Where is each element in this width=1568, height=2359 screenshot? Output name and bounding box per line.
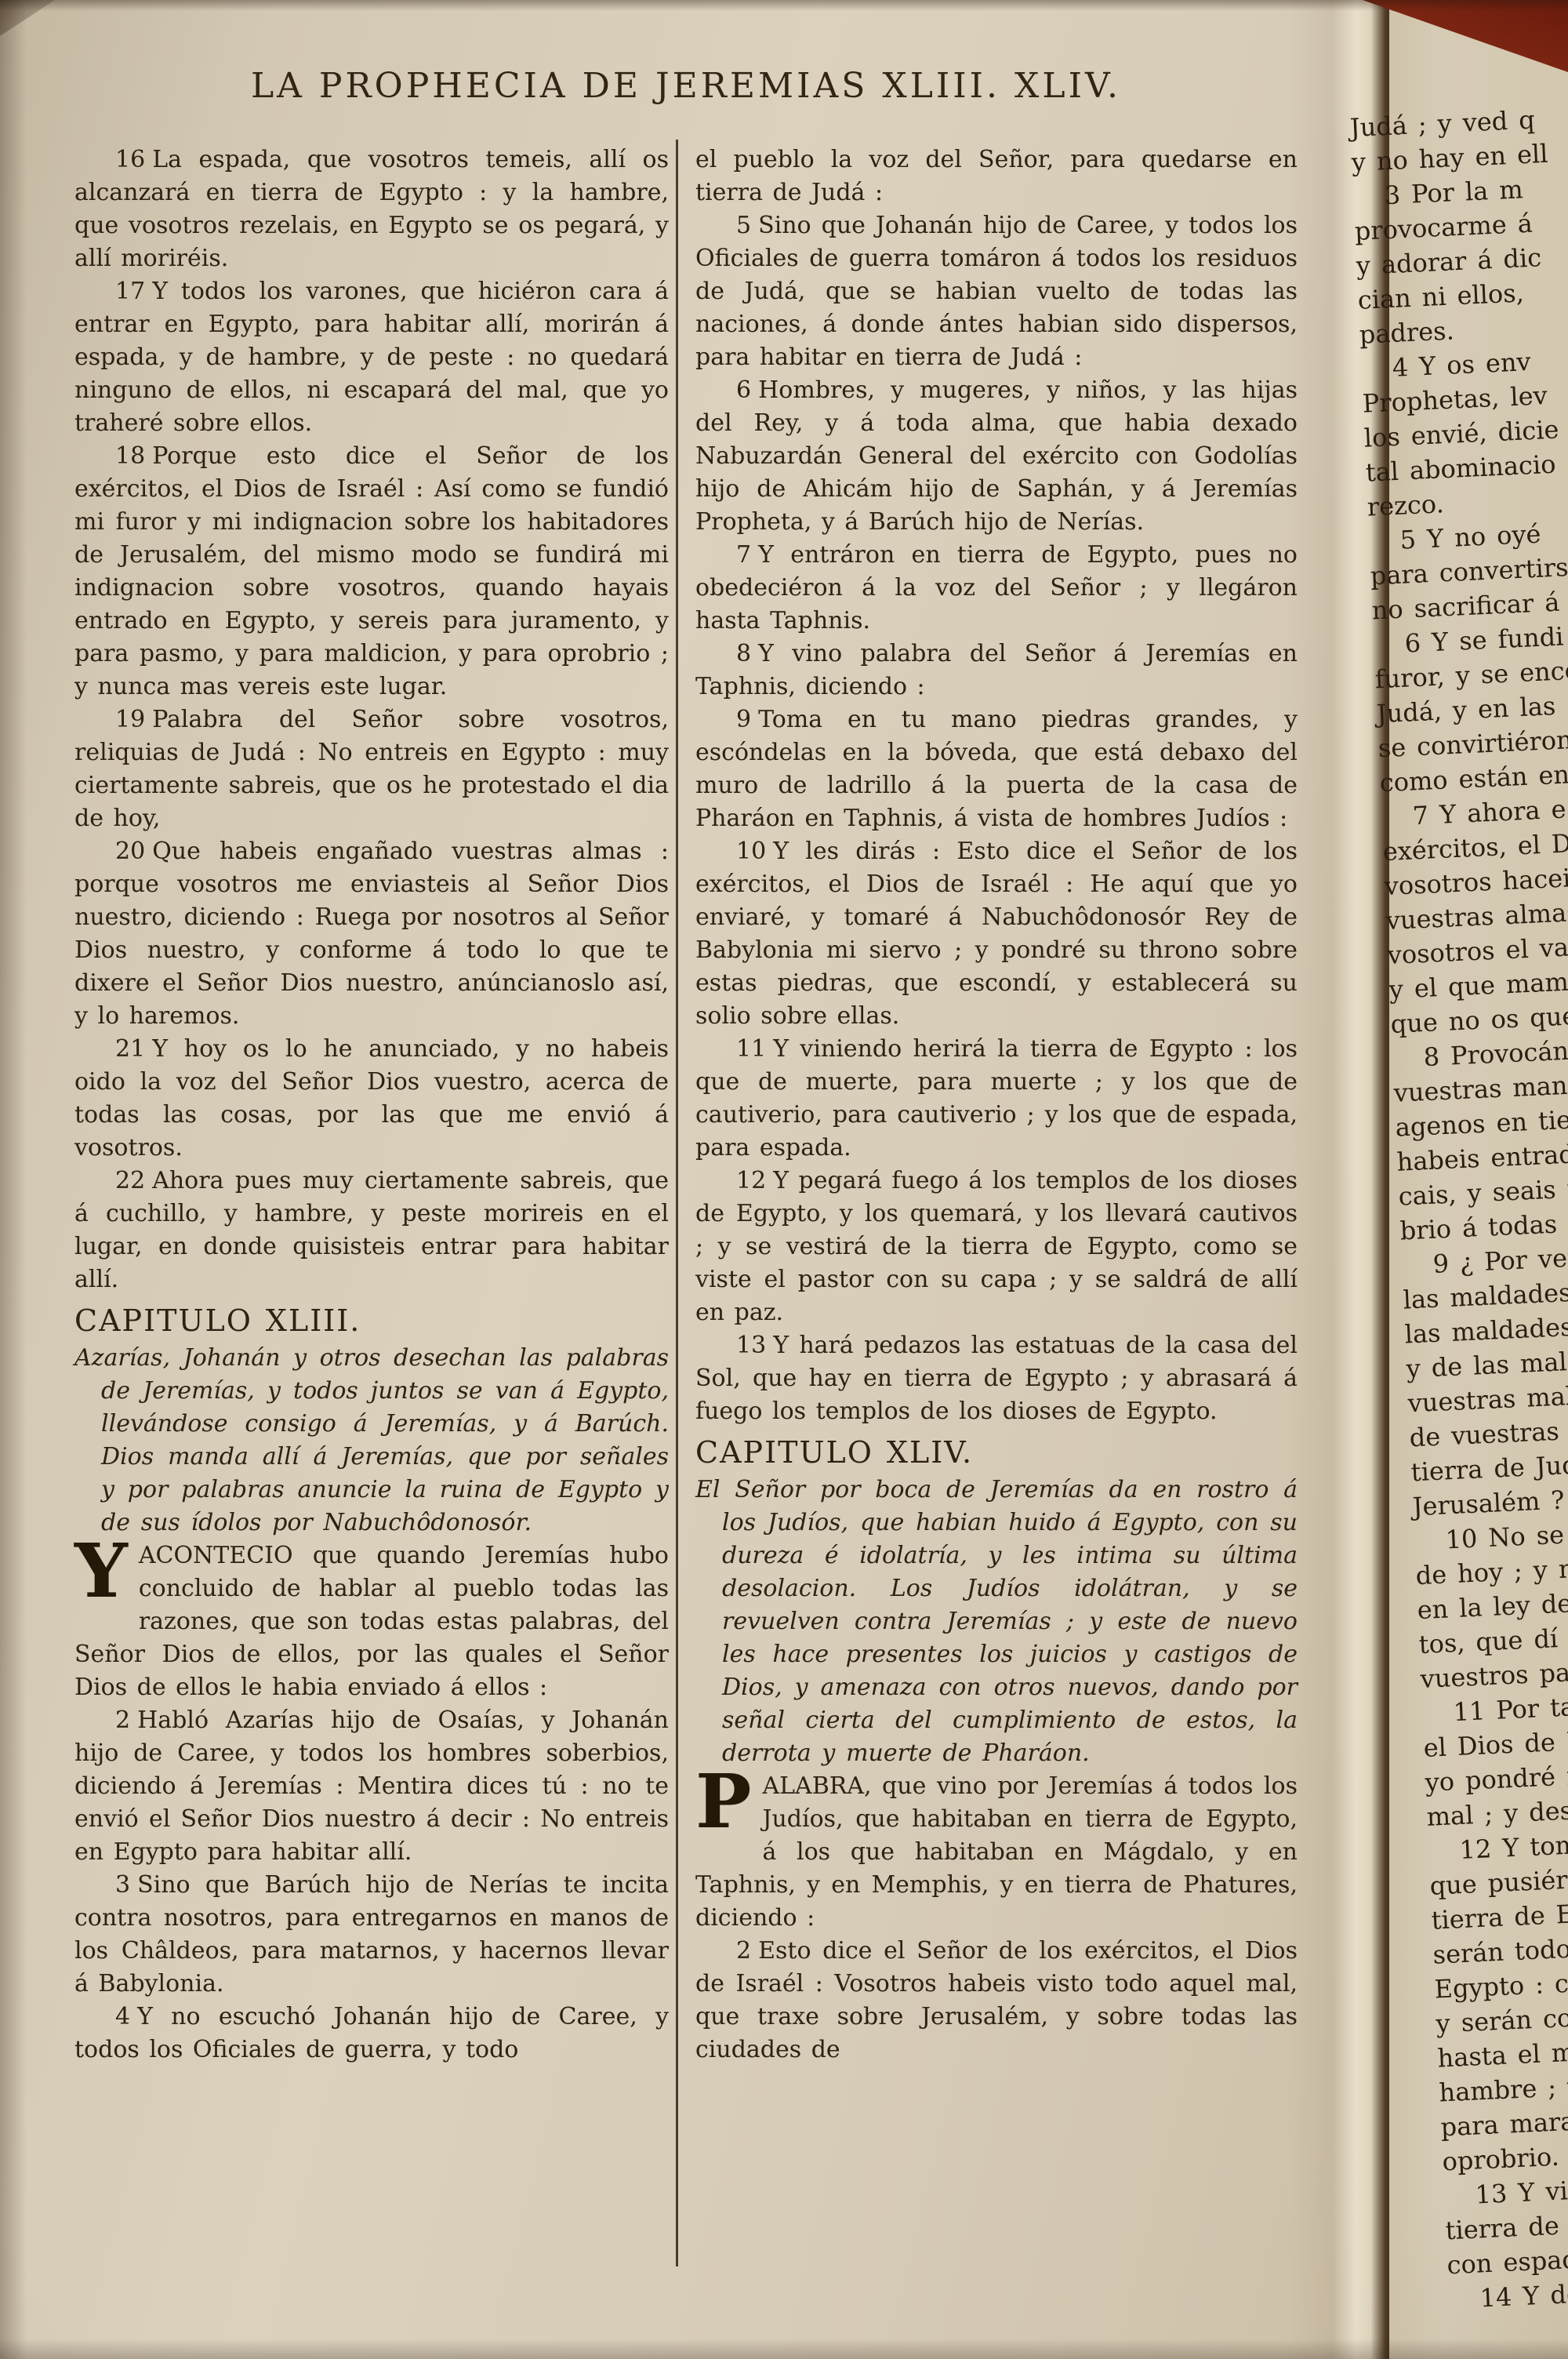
verse-number: 8 — [736, 640, 758, 667]
column-divider-rule — [676, 140, 678, 2266]
verse-paragraph: 19Palabra del Señor sobre vosotros, reli… — [74, 703, 669, 835]
verse-number: 18 — [115, 442, 152, 470]
verse-paragraph: 20Que habeis engañado vuestras almas : p… — [74, 835, 669, 1033]
verse-paragraph: 2Habló Azarías hijo de Osaías, y Johanán… — [74, 1704, 669, 1869]
verse-paragraph: 17Y todos los varones, que hiciéron cara… — [74, 275, 669, 440]
dropcap-paragraph-text: ALABRA, que vino por Jeremías á todos lo… — [695, 1772, 1298, 1932]
verse-number: 2 — [736, 1937, 758, 1965]
verse-paragraph: 21Y hoy os lo he anunciado, y no habeis … — [74, 1033, 669, 1165]
verse-number: 12 — [736, 1167, 773, 1194]
verse-number: 2 — [115, 1707, 137, 1734]
drop-cap-letter: P — [695, 1775, 751, 1839]
verse-number: 3 — [115, 1871, 137, 1899]
column-right: el pueblo la voz del Señor, para quedars… — [695, 144, 1298, 2066]
verse-number: 10 — [736, 838, 773, 865]
verse-number: 9 — [736, 706, 758, 733]
verse-paragraph: 7Y entráron en tierra de Egypto, pues no… — [695, 539, 1298, 638]
verse-number: 19 — [115, 706, 152, 733]
verse-paragraph: 9Toma en tu mano piedras grandes, y escó… — [695, 703, 1298, 835]
verse-number: 17 — [115, 278, 152, 305]
verse-number: 7 — [736, 541, 758, 569]
verse-paragraph: 6Hombres, y mugeres, y niños, y las hija… — [695, 374, 1298, 539]
dropcap-paragraph: PALABRA, que vino por Jeremías á todos l… — [695, 1770, 1298, 1935]
verse-paragraph: 12Y pegará fuego á los templos de los di… — [695, 1165, 1298, 1329]
verse-number: 20 — [115, 838, 152, 865]
verse-number: 5 — [736, 212, 758, 239]
verse-paragraph: 22Ahora pues muy ciertamente sabreis, qu… — [74, 1165, 669, 1296]
chapter-heading: CAPITULO XLIV. — [695, 1436, 1298, 1469]
drop-cap-letter: Y — [74, 1544, 128, 1608]
verse-number: 6 — [736, 376, 758, 404]
verse-paragraph: 10Y les dirás : Esto dice el Señor de lo… — [695, 835, 1298, 1033]
verse-number: 4 — [115, 2003, 137, 2030]
verse-number: 16 — [115, 146, 152, 173]
verse-paragraph: 13Y hará pedazos las estatuas de la casa… — [695, 1329, 1298, 1428]
verse-paragraph: 2Esto dice el Señor de los exércitos, el… — [695, 1935, 1298, 2066]
verse-number: 13 — [736, 1332, 773, 1359]
verse-paragraph: 5Sino que Johanán hijo de Caree, y todos… — [695, 209, 1298, 374]
continuation-paragraph: el pueblo la voz del Señor, para quedars… — [695, 144, 1298, 209]
dropcap-paragraph: YACONTECIO que quando Jeremías hubo conc… — [74, 1539, 669, 1704]
text-block: 16La espada, que vosotros temeis, allí o… — [74, 144, 1298, 2066]
verse-paragraph: 8Y vino palabra del Señor á Jeremías en … — [695, 638, 1298, 703]
verse-number: 21 — [115, 1035, 152, 1063]
chapter-summary: Azarías, Johanán y otros desechan las pa… — [74, 1342, 669, 1539]
chapter-heading: CAPITULO XLIII. — [74, 1304, 669, 1337]
verse-number: 11 — [736, 1035, 773, 1063]
dropcap-paragraph-text: ACONTECIO que quando Jeremías hubo concl… — [74, 1542, 669, 1701]
verse-paragraph: 18Porque esto dice el Señor de los exérc… — [74, 440, 669, 703]
column-left: 16La espada, que vosotros temeis, allí o… — [74, 144, 669, 2066]
book-photo: LA PROPHECIA DE JEREMIAS XLIII. XLIV. 16… — [0, 0, 1568, 2359]
verse-paragraph: 4Y no escuchó Johanán hijo de Caree, y t… — [74, 2001, 669, 2066]
verse-paragraph: 3Sino que Barúch hijo de Nerías te incit… — [74, 1869, 669, 2001]
chapter-summary: El Señor por boca de Jeremías da en rost… — [695, 1474, 1298, 1770]
verse-number: 22 — [115, 1167, 152, 1194]
verse-paragraph: 11Y viniendo herirá la tierra de Egypto … — [695, 1033, 1298, 1165]
running-title: LA PROPHECIA DE JEREMIAS XLIII. XLIV. — [74, 66, 1298, 106]
verse-paragraph: 16La espada, que vosotros temeis, allí o… — [74, 144, 669, 275]
